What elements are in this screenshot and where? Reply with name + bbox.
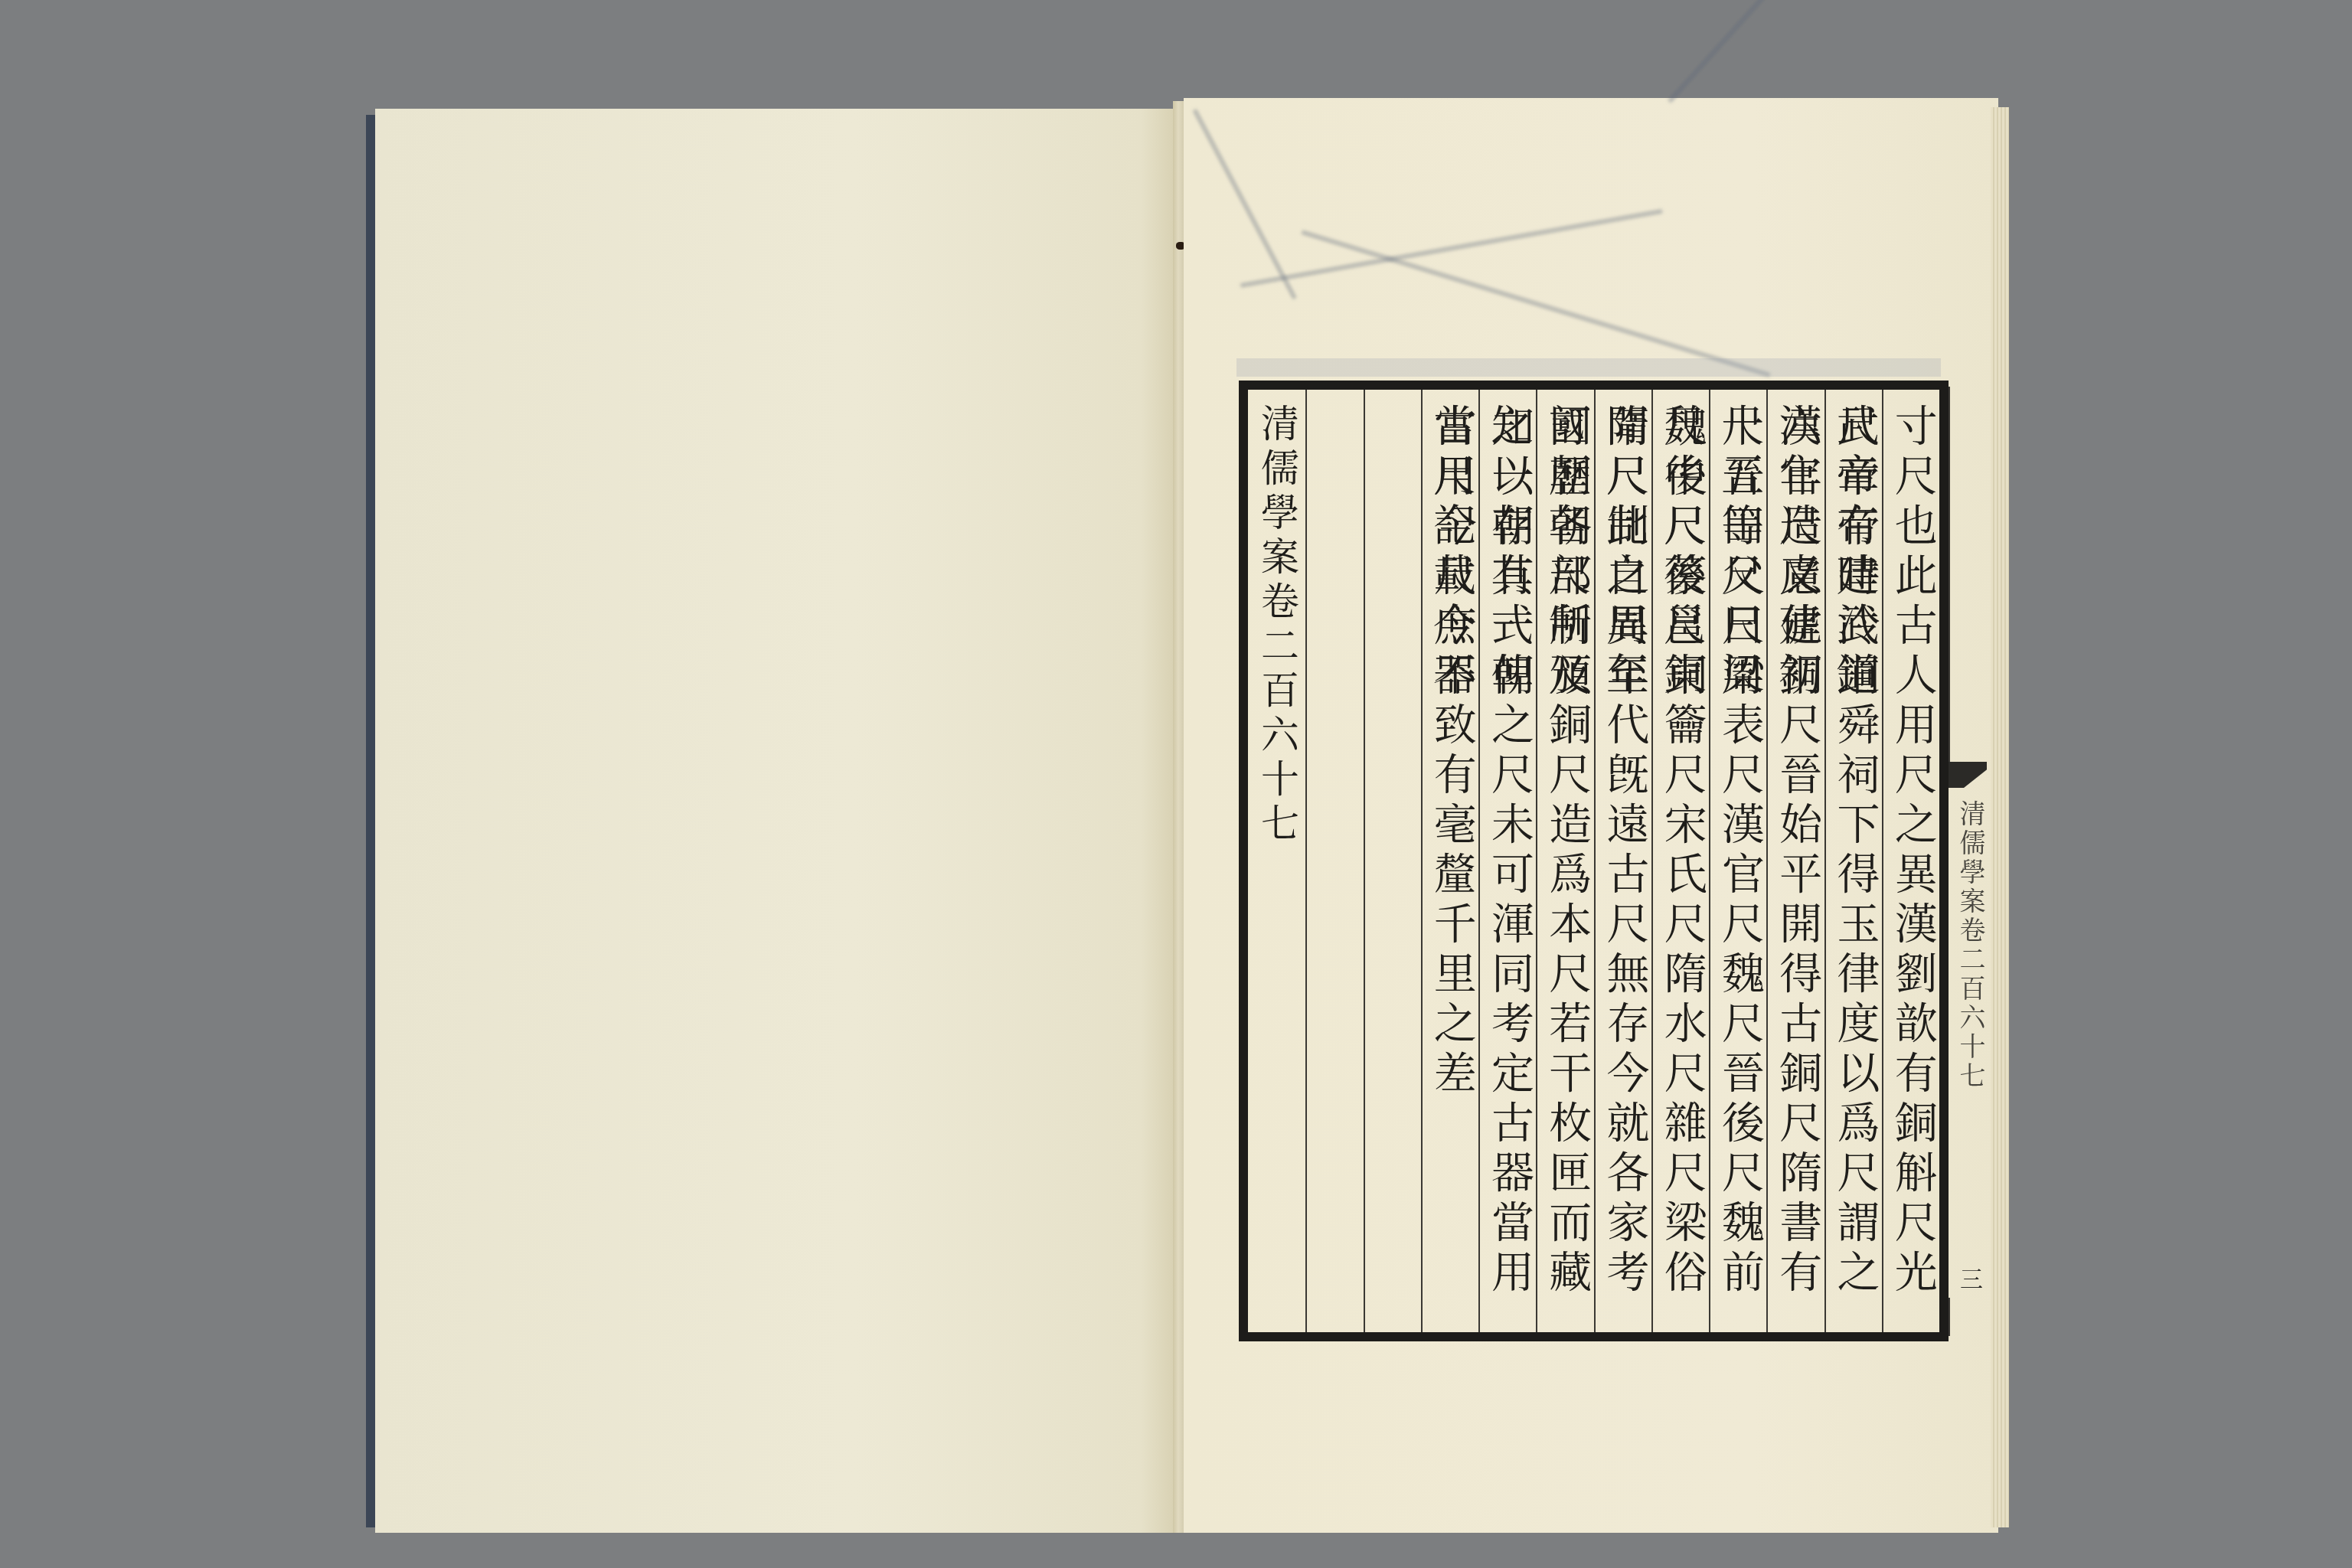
column-text: 尺晉田父尺梁表尺漢官尺魏尺晉後尺魏前尺中尺後尺東: [1710, 403, 1769, 1332]
text-column: 尺晉田父尺梁表尺漢官尺魏尺晉後尺魏前尺中尺後尺東: [1709, 390, 1766, 1332]
text-column: 尺章帝時泠道舜祠下得玉律度以爲尺謂之漢官尺又建初: [1824, 390, 1882, 1332]
text-column: 魏後尺蔡邕銅籥尺宋氏尺隋水尺雜尺梁俗閒尺此自周至: [1651, 390, 1709, 1332]
left-page-blank: [375, 109, 1173, 1533]
print-frame: 寸尺也此古人用尺之異漢劉歆有銅斛尺光武帝有建武銅 尺章帝時泠道舜祠下得玉律度以爲…: [1239, 381, 1949, 1341]
column-text: 魏後尺蔡邕銅籥尺宋氏尺隋水尺雜尺梁俗閒尺此自周至: [1653, 403, 1711, 1332]
pencil-mark: [1668, 0, 1866, 103]
text-column: 國朝各部所頒銅尺造爲本尺若干枚匣而藏之以存其式俾: [1536, 390, 1593, 1332]
text-column: 隋尺制之異年代旣遠古尺無存今就各家考訂歷朝尺制及: [1594, 390, 1651, 1332]
fold-page-number: 三: [1952, 1267, 1985, 1290]
column-text: 隋尺制之異年代旣遠古尺無存今就各家考訂歷朝尺制及: [1596, 403, 1654, 1332]
volume-title: 清儒學案卷二百六十七: [1248, 403, 1306, 848]
column-text: 知一朝有一朝之尺未可渾同考定古器當用古尺記載今器: [1480, 403, 1538, 1332]
column-text: 國朝各部所頒銅尺造爲本尺若干枚匣而藏之以存其式俾: [1537, 403, 1596, 1332]
fold-line: [1949, 387, 1950, 762]
text-column: 六年造慮俿銅尺晉始平開得古銅尺隋書有十五等尺曰周: [1766, 390, 1824, 1332]
column-text: 寸尺也此古人用尺之異漢劉歆有銅斛尺光武帝有建武銅: [1883, 403, 1942, 1332]
page-edges: [1991, 107, 2009, 1527]
text-column: 知一朝有一朝之尺未可渾同考定古器當用古尺記載今器: [1478, 390, 1536, 1332]
empty-column: [1305, 390, 1363, 1332]
column-text: 當用今尺庶不致有毫釐千里之差: [1423, 403, 1481, 1100]
fold-margin: 清儒學案卷二百六十七 三: [1949, 387, 1993, 1336]
text-columns: 寸尺也此古人用尺之異漢劉歆有銅斛尺光武帝有建武銅 尺章帝時泠道舜祠下得玉律度以爲…: [1248, 390, 1939, 1332]
empty-column: [1364, 390, 1421, 1332]
column-text: 六年造慮俿銅尺晉始平開得古銅尺隋書有十五等尺曰周: [1768, 403, 1826, 1332]
text-column: 當用今尺庶不致有毫釐千里之差: [1421, 390, 1478, 1332]
column-text: 尺章帝時泠道舜祠下得玉律度以爲尺謂之漢官尺又建初: [1826, 403, 1884, 1332]
volume-title-column: 清儒學案卷二百六十七: [1248, 390, 1305, 1332]
bleed-through: [1236, 358, 1941, 377]
fold-title: 清儒學案卷二百六十七: [1952, 800, 1989, 1091]
text-column: 寸尺也此古人用尺之異漢劉歆有銅斛尺光武帝有建武銅: [1882, 390, 1939, 1332]
fold-line: [1949, 1298, 1950, 1336]
book-gutter: [1173, 101, 1184, 1533]
fish-tail-mark: [1949, 762, 1987, 788]
